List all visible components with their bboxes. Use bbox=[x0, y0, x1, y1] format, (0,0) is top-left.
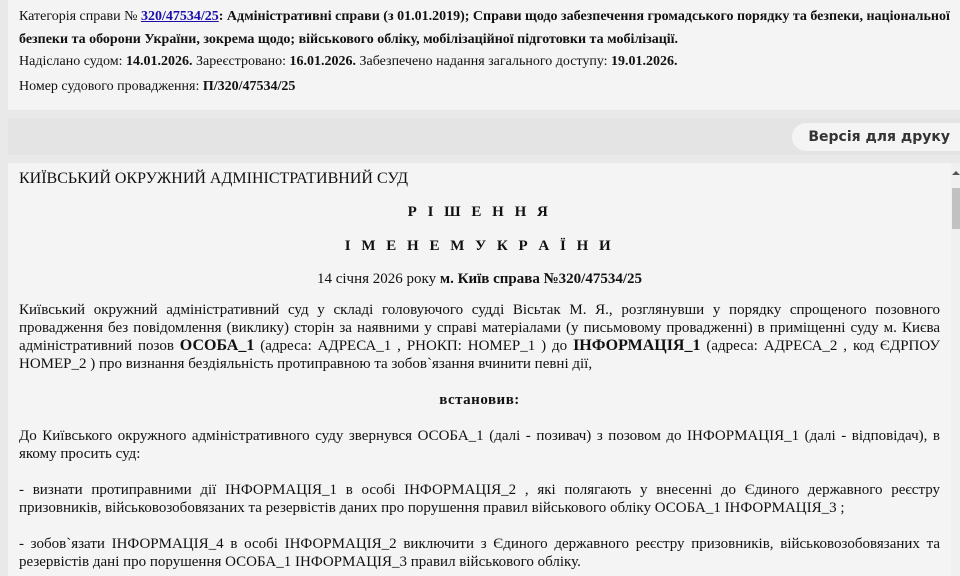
access-date: 19.01.2026. bbox=[611, 54, 678, 69]
registered-date: 16.01.2026. bbox=[289, 54, 356, 69]
decision-date: 14 січня 2026 року bbox=[317, 271, 440, 287]
print-toolbar: Версія для друку bbox=[8, 118, 960, 155]
category-label: Категорія справи № bbox=[19, 9, 141, 24]
proceeding-label: Номер судового провадження: bbox=[19, 79, 203, 94]
date-place-line: 14 січня 2026 року м. Київ справа №320/4… bbox=[19, 270, 940, 288]
document-subtitle: І М Е Н Е М У К Р А Ї Н И bbox=[19, 237, 940, 255]
intro-text-2: (адреса: АДРЕСА_1 , РНОКП: НОМЕР_1 ) до bbox=[254, 338, 573, 354]
print-version-button[interactable]: Версія для друку bbox=[792, 123, 960, 151]
case-info-panel: Категорія справи № 320/47534/25: Адмініс… bbox=[8, 0, 960, 110]
claim-item-1: - визнати протиправними дії ІНФОРМАЦІЯ_1… bbox=[19, 481, 940, 517]
place-case-number: м. Київ справа №320/47534/25 bbox=[440, 271, 642, 287]
claim-intro-paragraph: До Київського окружного адміністративног… bbox=[19, 427, 940, 463]
claim-item-2: - зобов`язати ІНФОРМАЦІЯ_4 в особі ІНФОР… bbox=[19, 535, 940, 571]
plaintiff-name: ОСОБА_1 bbox=[180, 337, 255, 354]
document-panel: КИЇВСЬКИЙ ОКРУЖНИЙ АДМІНІСТРАТИВНИЙ СУД … bbox=[8, 163, 960, 576]
access-label: Забезпечено надання загального доступу: bbox=[356, 54, 611, 69]
scroll-up-arrow-icon[interactable] bbox=[951, 169, 960, 177]
document-scrollbar[interactable] bbox=[951, 163, 960, 576]
registered-label: Зареєстровано: bbox=[193, 54, 290, 69]
sent-date: 14.01.2026. bbox=[126, 54, 193, 69]
document-title: Р І Ш Е Н Н Я bbox=[19, 203, 940, 221]
defendant-name: ІНФОРМАЦІЯ_1 bbox=[573, 337, 700, 354]
proceeding-number-row: Номер судового провадження: П/320/47534/… bbox=[19, 76, 950, 99]
court-name: КИЇВСЬКИЙ ОКРУЖНИЙ АДМІНІСТРАТИВНИЙ СУД bbox=[19, 170, 940, 188]
case-number-link[interactable]: 320/47534/25 bbox=[141, 9, 219, 24]
established-heading: встановив: bbox=[19, 391, 940, 409]
proceeding-number: П/320/47534/25 bbox=[203, 79, 296, 94]
intro-paragraph: Київський окружний адміністративний суд … bbox=[19, 301, 940, 373]
scrollbar-thumb[interactable] bbox=[952, 188, 960, 229]
case-category: Категорія справи № 320/47534/25: Адмініс… bbox=[19, 6, 950, 51]
document-text: КИЇВСЬКИЙ ОКРУЖНИЙ АДМІНІСТРАТИВНИЙ СУД … bbox=[19, 163, 940, 571]
case-dates: Надіслано судом: 14.01.2026. Зареєстрова… bbox=[19, 51, 950, 74]
sent-label: Надіслано судом: bbox=[19, 54, 126, 69]
